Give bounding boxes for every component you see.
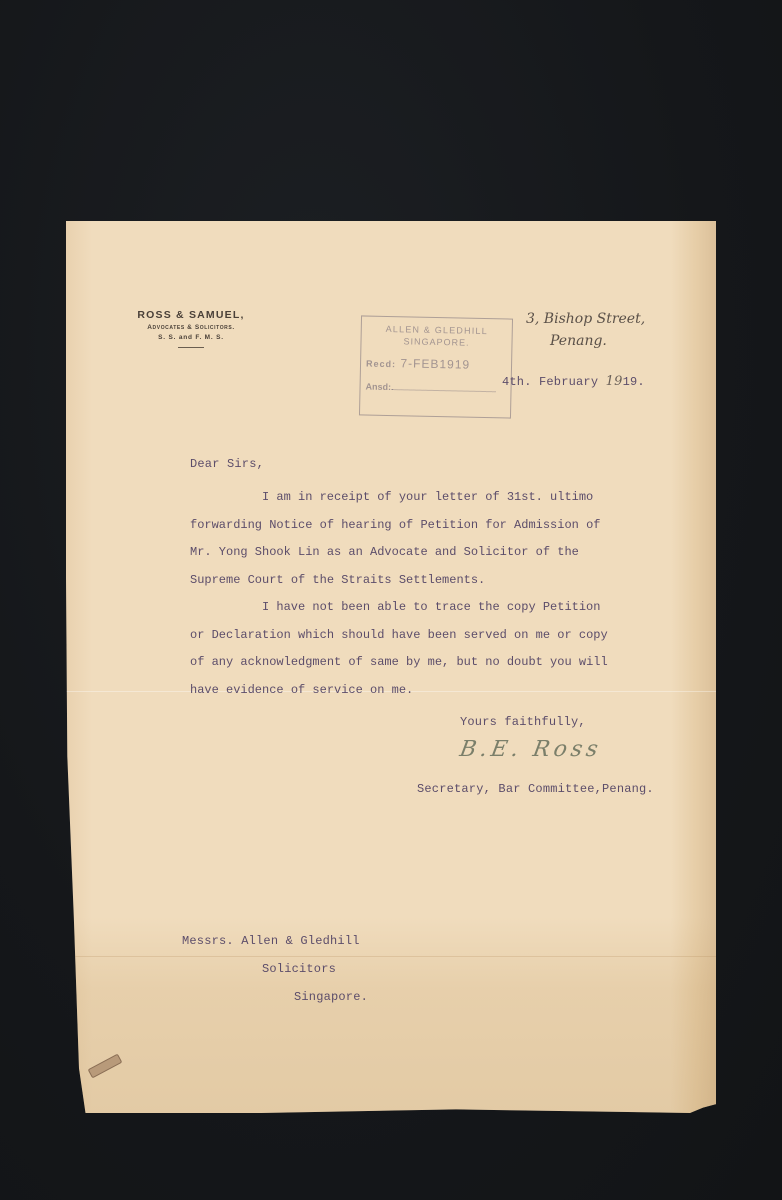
firm-jurisdictions: S. S. and F. M. S.: [106, 334, 276, 341]
closing: Yours faithfully,: [460, 715, 586, 729]
body-line: I am in receipt of your letter of 31st. …: [190, 484, 670, 512]
body-line: or Declaration which should have been se…: [190, 622, 670, 650]
firm-name: ROSS & SAMUEL,: [106, 309, 276, 321]
letter-body: I am in receipt of your letter of 31st. …: [190, 484, 670, 704]
fold-line: [66, 956, 716, 957]
body-line: Supreme Court of the Straits Settlements…: [190, 567, 670, 595]
firm-title: Advocates & Solicitors.: [106, 324, 276, 331]
date-typed: 4th. February: [502, 375, 606, 389]
letter-date: 4th. February 1919.: [502, 374, 645, 389]
stamp-answered-blank: [391, 389, 495, 392]
address-street: 3, Bishop Street,: [526, 311, 645, 327]
stamp-received-label: Recd:: [366, 359, 396, 370]
body-line: have evidence of service on me.: [190, 677, 670, 705]
binding-strip: [88, 1054, 123, 1079]
stamp-received: Recd: 7-FEB1919: [366, 356, 511, 373]
signatory-title: Secretary, Bar Committee,Penang.: [417, 782, 654, 796]
letterhead-rule: [178, 347, 204, 348]
sender-address: 3, Bishop Street, Penang.: [526, 311, 645, 349]
received-stamp: ALLEN & GLEDHILL SINGAPORE. Recd: 7-FEB1…: [359, 315, 513, 418]
letterhead: ROSS & SAMUEL, Advocates & Solicitors. S…: [106, 309, 276, 348]
handwritten-signature: B.E. Ross: [458, 737, 604, 762]
stamp-city: SINGAPORE.: [361, 335, 511, 348]
stamp-answered-label: Ansd:: [365, 382, 391, 393]
stamp-firm: ALLEN & GLEDHILL: [362, 323, 512, 336]
body-line: I have not been able to trace the copy P…: [190, 594, 670, 622]
date-handwritten-year: 19: [606, 374, 623, 389]
body-line: of any acknowledgment of same by me, but…: [190, 649, 670, 677]
salutation: Dear Sirs,: [190, 457, 264, 471]
letter-sheet: ROSS & SAMUEL, Advocates & Solicitors. S…: [66, 221, 716, 1113]
date-typed-year: 19.: [623, 375, 645, 389]
address-city: Penang.: [550, 333, 645, 349]
body-line: Mr. Yong Shook Lin as an Advocate and So…: [190, 539, 670, 567]
body-line: forwarding Notice of hearing of Petition…: [190, 512, 670, 540]
addressee-city: Singapore.: [294, 990, 368, 1004]
stamp-answered: Ansd:: [365, 382, 510, 395]
stamp-received-date: 7-FEB1919: [400, 356, 470, 371]
addressee-role: Solicitors: [262, 962, 336, 976]
addressee-name: Messrs. Allen & Gledhill: [182, 934, 360, 948]
